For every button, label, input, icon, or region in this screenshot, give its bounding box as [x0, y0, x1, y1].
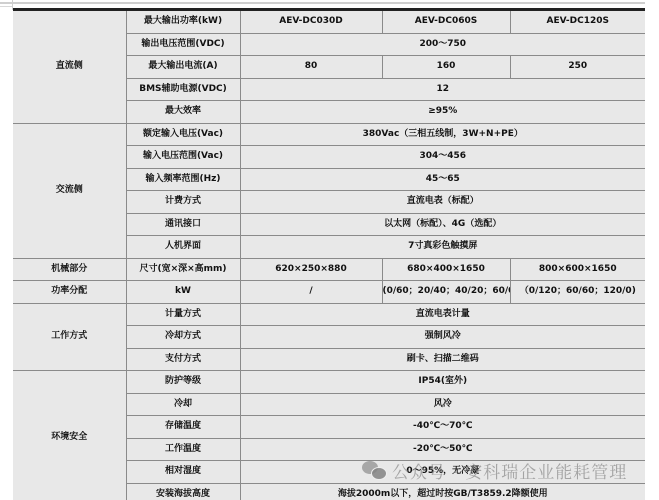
value-cell: （0/120；60/60；120/0) [510, 281, 645, 304]
value-cell: 12 [240, 78, 645, 101]
table-row: 交流侧 额定输入电压(Vac) 380Vac（三相五线制，3W+N+PE） [13, 123, 645, 146]
value-cell: 海拔2000m以下，超过时按GB/T3859.2降额使用 [240, 483, 645, 500]
param-cell: BMS辅助电源(VDC) [126, 78, 240, 101]
page-top-rule [0, 2, 645, 4]
value-cell: 160 [382, 56, 510, 79]
param-cell: 最大输出功率(kW) [126, 10, 240, 34]
table-row: 工作方式 计量方式 直流电表计量 [13, 303, 645, 326]
value-cell: 以太网（标配）、4G（选配） [240, 213, 645, 236]
value-cell: 强制风冷 [240, 326, 645, 349]
category-cell-mechanical: 机械部分 [13, 258, 126, 281]
table-row: 功率分配 kW / (0/60；20/40；40/20；60/0) （0/120… [13, 281, 645, 304]
param-cell: 工作温度 [126, 438, 240, 461]
value-cell: IP54(室外) [240, 371, 645, 394]
param-cell: 防护等级 [126, 371, 240, 394]
category-cell-ac: 交流侧 [13, 123, 126, 258]
category-cell-environment: 环境安全 [13, 371, 126, 500]
param-cell: 输入电压范围(Vac) [126, 146, 240, 169]
value-cell: 45～65 [240, 168, 645, 191]
value-cell: 380Vac（三相五线制，3W+N+PE） [240, 123, 645, 146]
value-cell: (0/60；20/40；40/20；60/0) [382, 281, 510, 304]
value-cell: 0～95%，无冷凝 [240, 461, 645, 484]
param-cell: 最大输出电流(A) [126, 56, 240, 79]
param-cell: 人机界面 [126, 236, 240, 259]
value-cell: / [240, 281, 382, 304]
param-cell: 尺寸(宽×深×高mm) [126, 258, 240, 281]
category-cell-dc: 直流侧 [13, 10, 126, 124]
value-cell: AEV-DC120S [510, 10, 645, 34]
param-cell: 安装海拔高度 [126, 483, 240, 500]
value-cell: 直流电表计量 [240, 303, 645, 326]
param-cell: 输出电压范围(VDC) [126, 33, 240, 56]
value-cell: -40℃～70℃ [240, 416, 645, 439]
spec-table: 直流侧 最大输出功率(kW) AEV-DC030D AEV-DC060S AEV… [13, 8, 645, 500]
param-cell: 冷却 [126, 393, 240, 416]
value-cell: 250 [510, 56, 645, 79]
value-cell: -20℃～50℃ [240, 438, 645, 461]
value-cell: 304～456 [240, 146, 645, 169]
table-row: 直流侧 最大输出功率(kW) AEV-DC030D AEV-DC060S AEV… [13, 10, 645, 34]
param-cell: 额定输入电压(Vac) [126, 123, 240, 146]
value-cell: AEV-DC030D [240, 10, 382, 34]
category-cell-operation: 工作方式 [13, 303, 126, 371]
param-cell: 计量方式 [126, 303, 240, 326]
param-cell: 冷却方式 [126, 326, 240, 349]
table-row: 环境安全 防护等级 IP54(室外) [13, 371, 645, 394]
param-cell: 计费方式 [126, 191, 240, 214]
table-row: 机械部分 尺寸(宽×深×高mm) 620×250×880 680×400×165… [13, 258, 645, 281]
value-cell: 80 [240, 56, 382, 79]
value-cell: 风冷 [240, 393, 645, 416]
value-cell: 800×600×1650 [510, 258, 645, 281]
value-cell: 680×400×1650 [382, 258, 510, 281]
param-cell: 相对湿度 [126, 461, 240, 484]
value-cell: 7寸真彩色触摸屏 [240, 236, 645, 259]
param-cell: 最大效率 [126, 101, 240, 124]
value-cell: 直流电表（标配） [240, 191, 645, 214]
page-left-mark-h [0, 6, 12, 7]
param-cell: 存储温度 [126, 416, 240, 439]
param-cell: 输入频率范围(Hz) [126, 168, 240, 191]
value-cell: ≥95% [240, 101, 645, 124]
value-cell: AEV-DC060S [382, 10, 510, 34]
category-cell-power-allocation: 功率分配 [13, 281, 126, 304]
value-cell: 刷卡、扫描二维码 [240, 348, 645, 371]
param-cell: 通讯接口 [126, 213, 240, 236]
value-cell: 620×250×880 [240, 258, 382, 281]
param-cell: 支付方式 [126, 348, 240, 371]
param-cell: kW [126, 281, 240, 304]
value-cell: 200～750 [240, 33, 645, 56]
